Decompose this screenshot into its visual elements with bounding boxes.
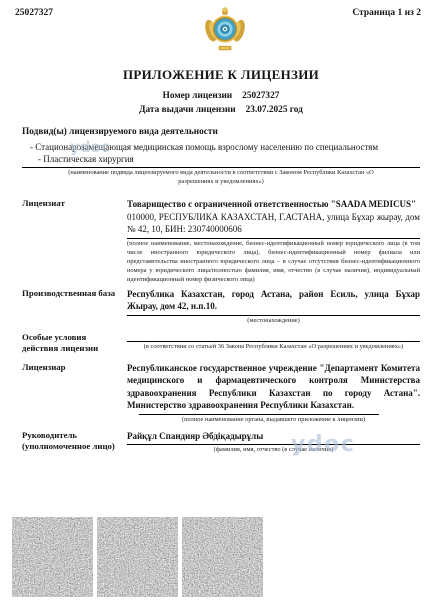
document-body: ПРИЛОЖЕНИЕ К ЛИЦЕНЗИИ Номер лицензии2502… (0, 0, 435, 454)
head-person-label: Руководитель (уполномоченное лицо) (22, 430, 127, 453)
production-base-caption: (местонахождение) (127, 316, 420, 325)
doc-number-top: 25027327 (15, 8, 53, 18)
licensee-label: Лицензиат (22, 198, 127, 210)
license-number-line: Номер лицензии25027327 (22, 90, 420, 102)
production-base-value: Республика Казахстан, город Астана, райо… (127, 288, 420, 313)
head-person-row: Руководитель (уполномоченное лицо) Райқұ… (22, 430, 420, 455)
license-date-value: 23.07.2025 год (246, 105, 303, 115)
subtypes-heading: Подвид(ы) лицензируемого вида деятельнос… (22, 126, 420, 138)
subtype-item: - Стационарозамещающая медицинская помощ… (22, 141, 420, 153)
licensor-caption: (полное наименование органа, выдавшего п… (127, 415, 420, 424)
qr-code-stamp (97, 517, 178, 597)
subtype-item: - Пластическая хирургия (22, 153, 420, 165)
licensee-address: 010000, РЕСПУБЛИКА КАЗАХСТАН, Г.АСТАНА, … (127, 211, 420, 236)
licensee-name: Товарищество с ограниченной ответственно… (127, 198, 420, 211)
license-date-line: Дата выдачи лицензии23.07.2025 год (22, 104, 420, 116)
licensee-caption: (полное наименование, местонахождение, б… (127, 239, 420, 284)
head-person-caption: (фамилия, имя, отчество (в случае наличи… (127, 445, 420, 454)
subtypes-caption: (наименование подвида лицензируемого вид… (22, 168, 420, 186)
license-number-label: Номер лицензии (163, 91, 233, 101)
special-conditions-caption: (в соответствии со статьей 36 Закона Рес… (127, 342, 420, 351)
production-base-row: Производственная база Республика Казахст… (22, 288, 420, 325)
production-base-label: Производственная база (22, 288, 127, 300)
license-appendix-page: 25027327 Страница 1 из 2 ПРИЛОЖЕНИЕ К ЛИ… (0, 0, 435, 600)
licensee-row: Лицензиат Товарищество с ограниченной от… (22, 198, 420, 284)
page-title: ПРИЛОЖЕНИЕ К ЛИЦЕНЗИИ (22, 68, 420, 82)
licensor-value: Республиканское государственное учрежден… (127, 362, 420, 412)
licensor-row: Лицензиар Республиканское государственно… (22, 362, 420, 424)
subtypes-section: Подвид(ы) лицензируемого вида деятельнос… (22, 126, 420, 186)
page-indicator: Страница 1 из 2 (352, 8, 421, 18)
qr-stamp-row (12, 517, 263, 597)
head-person-name: Райқұл Спандияр Әбдіқадырұлы (127, 430, 420, 443)
qr-code-stamp (182, 517, 263, 597)
qr-code-stamp (12, 517, 93, 597)
special-conditions-label: Особые условия действия лицензии (22, 332, 127, 355)
special-conditions-row: Особые условия действия лицензии (в соот… (22, 332, 420, 355)
licensor-label: Лицензиар (22, 362, 127, 374)
license-number-value: 25027327 (242, 91, 279, 101)
license-date-label: Дата выдачи лицензии (139, 105, 236, 115)
kazakhstan-emblem-icon (205, 6, 245, 56)
